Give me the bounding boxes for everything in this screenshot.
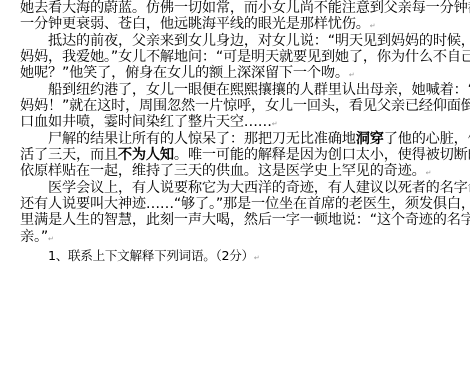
bold-term-buweirenzhi: 不为人知: [118, 147, 174, 163]
paragraph-mark: ↵: [370, 22, 376, 30]
text: 还有人说要叫大神迹……“够了。”那是一位坐在首席的老医生，须发俱白，皱纹: [20, 196, 470, 212]
paragraph-mark: ↵: [254, 254, 260, 262]
text: 依原样贴在一起，维持了三天的供血。这是医学史上罕见的奇迹。: [20, 163, 426, 179]
text: 她去看大海的蔚蓝。仿佛一切如常，而小女儿尚不能注意到父亲每一分钟都比上: [20, 0, 470, 16]
text: 里满是人生的智慧，此刻一声大喝，然后一字一顿地说：“这个奇迹的名字，叫父: [20, 212, 470, 228]
bold-term-dongchuan: 洞穿: [356, 131, 384, 147]
paragraph-mark: ↵: [349, 71, 355, 79]
passage-line: 船到纽约港了，女儿一眼便在熙熙攘攘的人群里认出母亲，她喊着：“妈妈！: [48, 82, 470, 98]
text: 1、联系上下文解释下列词语。（2分）: [48, 248, 254, 263]
text: 妈妈，我爱她。”女儿不解地问：“可是明天就要见到她了，你为什么不自己告诉: [20, 49, 470, 65]
passage-line: 一分钟更衰弱、苍白，他远眺海平线的眼光是那样忧伤。↵: [20, 16, 375, 34]
text: 尸解的结果让所有的人惊呆了：那把刀无比准确地: [48, 131, 356, 147]
text: 活了三天，而且: [20, 147, 118, 163]
text: 一分钟更衰弱、苍白，他远眺海平线的眼光是那样忧伤。: [20, 16, 370, 32]
paragraph-mark: ↵: [48, 235, 54, 243]
text: 亲。”: [20, 229, 48, 245]
question-1: 1、联系上下文解释下列词语。（2分）↵: [48, 248, 259, 266]
passage-line: 尸解的结果让所有的人惊呆了：那把刀无比准确地洞穿了他的心脏，他却多: [48, 131, 470, 147]
text: 她呢？”他笑了，俯身在女儿的额上深深留下一个吻。: [20, 65, 349, 81]
passage-line: 口血如井喷，霎时间染红了整片天空……↵: [20, 114, 277, 132]
text: 妈妈！”就在这时，周围忽然一片惊呼，女儿一回头，看见父亲已经仰面倒下，胸: [20, 98, 470, 114]
passage-line: 依原样贴在一起，维持了三天的供血。这是医学史上罕见的奇迹。↵: [20, 163, 431, 181]
passage-line: 抵达的前夜，父亲来到女儿身边，对女儿说：“明天见到妈妈的时候，请告诉: [48, 33, 470, 49]
text: 抵达的前夜，父亲来到女儿身边，对女儿说：“明天见到妈妈的时候，请告诉: [48, 33, 470, 49]
passage-line: 里满是人生的智慧，此刻一声大喝，然后一字一顿地说：“这个奇迹的名字，叫父: [20, 212, 470, 228]
passage-line: 她呢？”他笑了，俯身在女儿的额上深深留下一个吻。↵: [20, 65, 355, 83]
text: 了他的心脏，他却多: [384, 131, 470, 147]
passage-line: 她去看大海的蔚蓝。仿佛一切如常，而小女儿尚不能注意到父亲每一分钟都比上: [20, 0, 470, 16]
text: 船到纽约港了，女儿一眼便在熙熙攘攘的人群里认出母亲，她喊着：“妈妈！: [48, 82, 470, 98]
text: 口血如井喷，霎时间染红了整片天空……: [20, 114, 272, 130]
passage-line: 医学会议上，有人说要称它为大西洋的奇迹，有人建议以死者的名字命名，: [48, 180, 470, 196]
passage-line: 妈妈，我爱她。”女儿不解地问：“可是明天就要见到她了，你为什么不自己告诉: [20, 49, 470, 65]
passage-line: 亲。”↵: [20, 229, 54, 247]
paragraph-mark: ↵: [272, 120, 278, 128]
passage-line: 活了三天，而且不为人知。唯一可能的解释是因为创口太小，使得被切断的心肌: [20, 147, 470, 163]
passage-line: 妈妈！”就在这时，周围忽然一片惊呼，女儿一回头，看见父亲已经仰面倒下，胸: [20, 98, 470, 114]
text: 医学会议上，有人说要称它为大西洋的奇迹，有人建议以死者的名字命名，: [48, 180, 470, 196]
paragraph-mark: ↵: [426, 169, 432, 177]
text: 。唯一可能的解释是因为创口太小，使得被切断的心肌: [174, 147, 470, 163]
passage-line: 还有人说要叫大神迹……“够了。”那是一位坐在首席的老医生，须发俱白，皱纹: [20, 196, 470, 212]
